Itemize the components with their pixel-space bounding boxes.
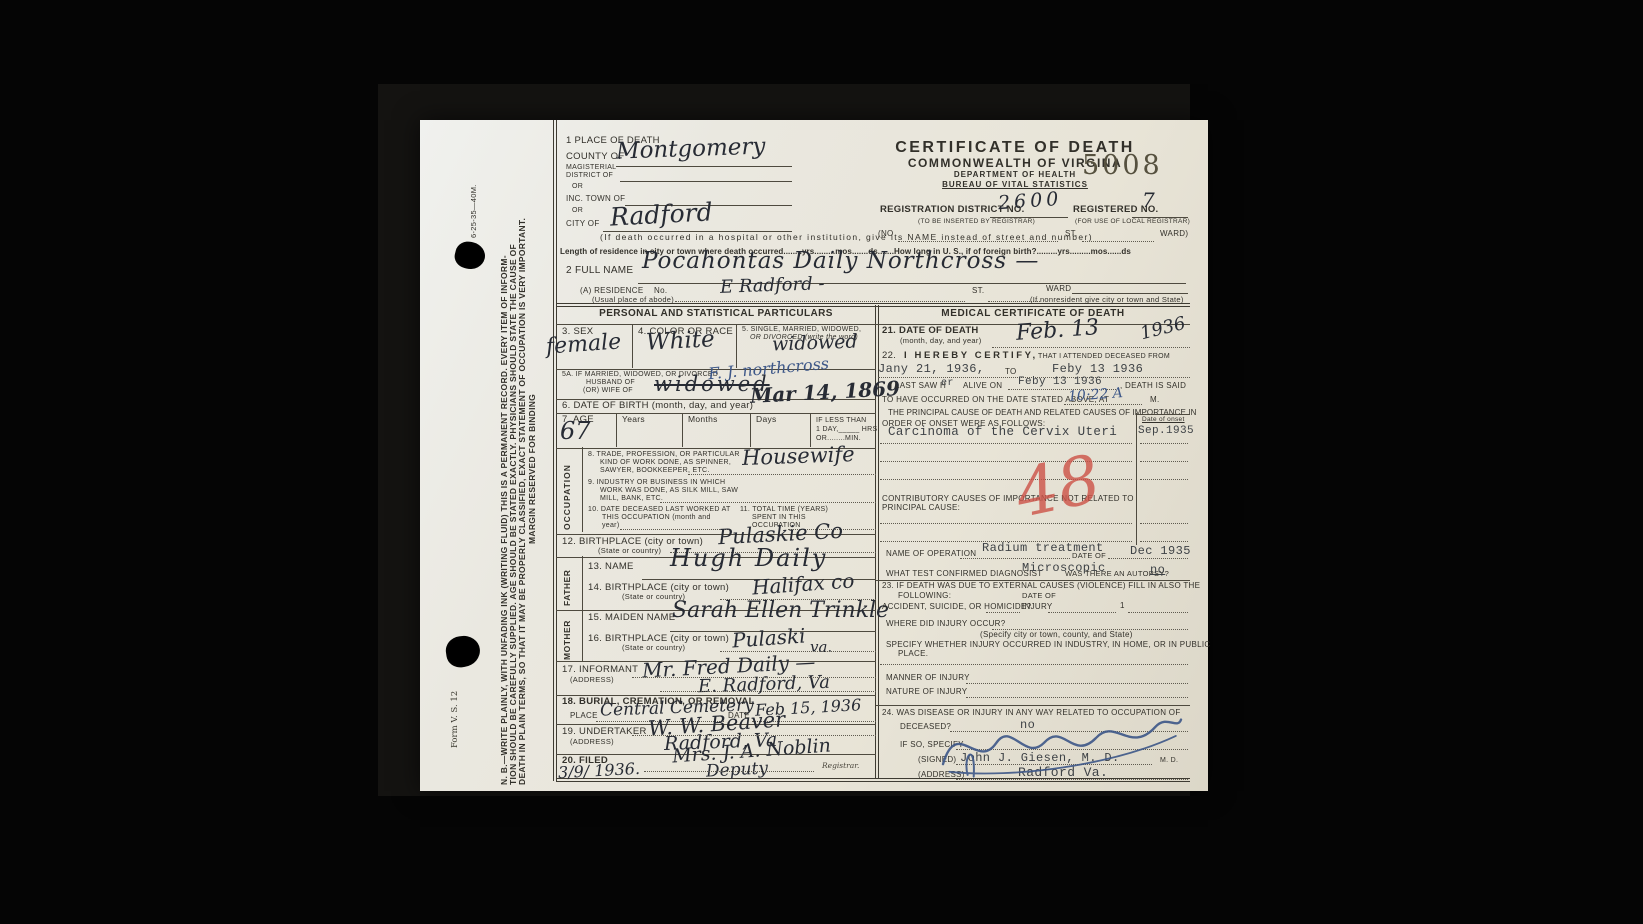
certify-main: I HEREBY CERTIFY, bbox=[904, 351, 1038, 361]
dotted-line bbox=[1140, 460, 1188, 462]
informant-line bbox=[632, 676, 876, 678]
cell-divider bbox=[682, 413, 684, 447]
county-value: Montgomery bbox=[616, 133, 766, 164]
operation-date-line bbox=[1108, 557, 1188, 559]
industry-label1: 9. INDUSTRY OR BUSINESS IN WHICH bbox=[588, 479, 725, 486]
informant-address-line bbox=[660, 690, 876, 692]
birthplace-sub: (State or country) bbox=[598, 547, 661, 555]
age-years-label: Years bbox=[622, 415, 645, 424]
occurred-time-value: 10:22 A bbox=[1068, 385, 1124, 405]
last-worked-line bbox=[620, 528, 730, 530]
age-days-label: Days bbox=[756, 415, 777, 424]
mother-birthplace-value: Pulaski bbox=[731, 623, 806, 652]
nonresident-note: (If nonresident give city or town and St… bbox=[1030, 296, 1184, 304]
specify-label1: SPECIFY WHETHER INJURY OCCURRED IN INDUS… bbox=[886, 641, 1210, 649]
certify-number: 22. bbox=[882, 351, 896, 361]
margin-reserved-label: MARGIN RESERVED FOR BINDING bbox=[528, 394, 537, 544]
rule bbox=[556, 323, 876, 325]
accident-line bbox=[986, 611, 1020, 613]
father-name-value: Hugh Daily bbox=[670, 544, 827, 572]
external-causes-label2: FOLLOWING: bbox=[898, 592, 951, 600]
where-injury-label: WHERE DID INJURY OCCUR? bbox=[886, 620, 1006, 628]
cause-line bbox=[880, 442, 1132, 444]
last-worked-label2: THIS OCCUPATION (month and bbox=[602, 514, 711, 521]
abode-note: (Usual place of abode) bbox=[592, 296, 674, 304]
punch-hole bbox=[452, 239, 488, 272]
marital-value: widowed bbox=[772, 331, 858, 356]
mother-birthplace-sub: (State or country) bbox=[622, 644, 685, 652]
residence-line bbox=[675, 300, 965, 302]
external-causes-label1: 23. IF DEATH WAS DUE TO EXTERNAL CAUSES … bbox=[882, 582, 1200, 590]
sex-value: female bbox=[545, 329, 622, 359]
operation-date-value: Dec 1935 bbox=[1130, 544, 1191, 558]
full-name-label: 2 FULL NAME bbox=[566, 266, 633, 277]
ward-label: WARD) bbox=[1160, 230, 1188, 238]
residence-value: E Radford - bbox=[720, 273, 825, 298]
occupation-side-label: OCCUPATION bbox=[563, 446, 572, 530]
operation-date-label: DATE OF bbox=[1072, 552, 1106, 560]
spouse-label2: HUSBAND OF bbox=[586, 379, 635, 386]
punch-hole bbox=[444, 634, 482, 669]
test-label: WHAT TEST CONFIRMED DIAGNOSIST bbox=[886, 570, 1042, 578]
trade-label2: KIND OF WORK DONE, AS SPINNER, bbox=[600, 459, 731, 466]
father-name-label: 13. NAME bbox=[588, 562, 634, 572]
nature-of-injury-label: NATURE OF INJURY bbox=[886, 688, 967, 696]
dotted-line bbox=[1140, 540, 1188, 542]
full-name-value: Pocahontas Daily Northcross — bbox=[642, 248, 1039, 274]
manner-of-injury-label: MANNER OF INJURY bbox=[886, 674, 970, 682]
no-label: (NO bbox=[878, 230, 894, 238]
last-saw-label2: ALIVE ON bbox=[963, 382, 1002, 390]
local-registrar-note: (FOR USE OF LOCAL REGISTRAR) bbox=[1075, 219, 1190, 226]
side-label-divider bbox=[582, 609, 584, 662]
father-birthplace-value: Halifax co bbox=[751, 568, 855, 599]
or-label: OR bbox=[572, 207, 583, 214]
cause-line-box bbox=[1140, 442, 1188, 444]
occurred-m-label: M. bbox=[1150, 396, 1160, 404]
registrar-label: Registrar. bbox=[822, 761, 859, 770]
date-of-death-value: Feb. 13 bbox=[1015, 315, 1100, 346]
last-saw-er: er bbox=[941, 378, 954, 389]
mother-name-label: 15. MAIDEN NAME bbox=[588, 613, 675, 623]
father-side-label: FATHER bbox=[563, 558, 572, 606]
st-line bbox=[1082, 240, 1154, 242]
st-label: ST. bbox=[972, 287, 984, 295]
undertaker-line bbox=[632, 734, 876, 736]
certify-rest: THAT I ATTENDED DECEASED FROM bbox=[1038, 353, 1170, 360]
contributory-label2: PRINCIPAL CAUSE: bbox=[882, 504, 960, 512]
side-label-divider bbox=[582, 556, 584, 609]
trade-label1: 8. TRADE, PROFESSION, OR PARTICULAR bbox=[588, 451, 740, 458]
magisterial-label: MAGISTERIAL bbox=[566, 164, 616, 171]
cell-divider bbox=[632, 324, 634, 368]
binding-notice-line3: DEATH IN PLAIN TERMS, SO THAT IT MAY BE … bbox=[518, 285, 527, 785]
undertaker-sub: (ADDRESS) bbox=[570, 738, 614, 746]
specify-label2: PLACE. bbox=[898, 650, 928, 658]
trade-value: Housewife bbox=[742, 442, 855, 470]
medical-section-title: MEDICAL CERTIFICATE OF DEATH bbox=[876, 309, 1190, 320]
death-said-label: , DEATH IS SAID bbox=[1120, 382, 1186, 390]
age-less-label2: 1 DAY,_____ HRS. bbox=[816, 426, 880, 433]
last-worked-label3: year) bbox=[602, 522, 619, 529]
informant-label: 17. INFORMANT bbox=[562, 665, 638, 675]
district-of-label: DISTRICT OF bbox=[566, 172, 613, 179]
form-number: Form V. S. 12 bbox=[450, 678, 460, 748]
ward-label: WARD bbox=[1046, 285, 1071, 293]
print-code: 6-25-35—40M. bbox=[470, 168, 478, 238]
no-line bbox=[898, 240, 1058, 242]
physician-signature-flourish bbox=[930, 699, 1189, 784]
mother-name-value: Sarah Ellen Trinkle bbox=[672, 598, 889, 623]
autopsy-value: no bbox=[1150, 563, 1165, 577]
injury-line2 bbox=[1128, 611, 1188, 613]
total-time-label1: 11. TOTAL TIME (YEARS) bbox=[740, 506, 828, 513]
industry-line bbox=[660, 501, 876, 503]
attended-from-value: Jany 21, 1936, bbox=[878, 362, 984, 376]
trade-line bbox=[688, 473, 876, 475]
attended-to-value: Feby 13 1936 bbox=[1052, 362, 1143, 376]
burial-place-label: PLACE bbox=[570, 712, 598, 720]
st-label: ST. bbox=[1065, 230, 1077, 238]
age-months-label: Months bbox=[688, 415, 718, 424]
nature-line bbox=[966, 696, 1188, 698]
dob-label: 6. DATE OF BIRTH (month, day, and year) bbox=[562, 401, 753, 411]
last-saw-value: Feby 13 1936 bbox=[1018, 376, 1102, 388]
cell-divider bbox=[616, 413, 618, 447]
specify-line bbox=[880, 663, 1188, 665]
onset-value: Sep.1935 bbox=[1138, 425, 1194, 437]
cause-of-death-value: Carcinoma of the Cervix Uteri bbox=[888, 425, 1117, 439]
industry-label3: MILL, BANK, ETC. bbox=[600, 495, 663, 502]
district-line bbox=[620, 180, 792, 182]
filed-line bbox=[644, 770, 814, 772]
dotted-line bbox=[1140, 522, 1188, 524]
informant-sub: (ADDRESS) bbox=[570, 676, 614, 684]
date-of-death-line bbox=[992, 346, 1190, 348]
red-annotation: 48 bbox=[1009, 440, 1107, 533]
last-worked-label1: 10. DATE DECEASED LAST WORKED AT bbox=[588, 506, 731, 513]
age-value: 67 bbox=[560, 417, 591, 445]
bureau-line: BUREAU OF VITAL STATISTICS bbox=[850, 181, 1180, 189]
registered-no-value: 7 bbox=[1142, 188, 1155, 212]
city-label: CITY OF bbox=[566, 220, 600, 228]
mother-side-label: MOTHER bbox=[563, 612, 572, 660]
last-saw-label1: I LAST SAW H bbox=[890, 382, 946, 390]
occurred-line bbox=[1064, 403, 1142, 405]
injury-line bbox=[1048, 611, 1116, 613]
cell-divider bbox=[750, 413, 752, 447]
manner-line bbox=[966, 682, 1188, 684]
or-label: OR bbox=[572, 183, 583, 190]
certificate-paper: 6-25-35—40M. N. B.—WRITE PLAINLY, WITH U… bbox=[420, 120, 1208, 791]
cell-divider bbox=[810, 413, 812, 447]
ward-line bbox=[1072, 292, 1188, 294]
binding-rule bbox=[553, 120, 557, 781]
color-race-value: White bbox=[645, 326, 715, 356]
county-line bbox=[616, 165, 792, 167]
dotted-line bbox=[1140, 478, 1188, 480]
industry-label2: WORK WAS DONE, AS SILK MILL, SAW bbox=[600, 487, 738, 494]
spouse-label3: (OR) WIFE OF bbox=[583, 387, 633, 394]
personal-section-title: PERSONAL AND STATISTICAL PARTICULARS bbox=[556, 309, 876, 320]
where-injury-sub: (Specify city or town, county, and State… bbox=[980, 631, 1133, 639]
side-label-divider bbox=[582, 447, 584, 532]
serial-number: 5008 bbox=[1082, 150, 1163, 181]
onset-label: Date of onset bbox=[1142, 417, 1185, 424]
age-less-label1: IF LESS THAN bbox=[816, 417, 867, 424]
date-of-death-sub: (month, day, and year) bbox=[900, 337, 982, 345]
binding-notice-block: N. B.—WRITE PLAINLY, WITH UNFADING INK (… bbox=[500, 285, 527, 785]
operation-line bbox=[960, 557, 1070, 559]
scanned-death-certificate: 6-25-35—40M. N. B.—WRITE PLAINLY, WITH U… bbox=[0, 0, 1643, 924]
onset-box-top bbox=[1136, 413, 1190, 415]
injury-one: 1 bbox=[1120, 602, 1125, 610]
registration-district-value: 2600 bbox=[997, 188, 1063, 214]
city-value: Radford bbox=[609, 197, 713, 231]
date-of-death-label: 21. DATE OF DEATH bbox=[882, 326, 979, 336]
dotted-line bbox=[880, 522, 1132, 524]
inserted-by-note: (TO BE INSERTED BY REGISTRAR) bbox=[918, 219, 1035, 226]
date-of-injury-label1: DATE OF bbox=[1022, 592, 1056, 600]
